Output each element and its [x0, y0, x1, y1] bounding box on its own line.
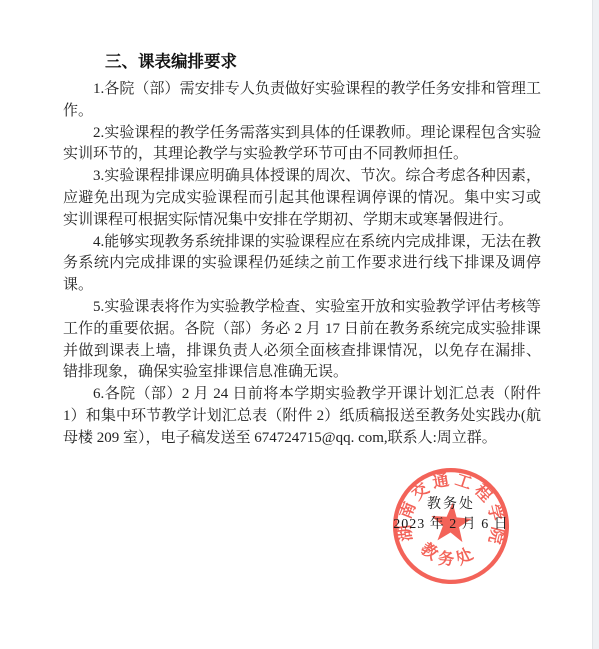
paragraph-6: 6.各院（部）2 月 24 日前将本学期实验教学开课计划汇总表（附件 1）和集中… [63, 384, 541, 449]
section-heading: 三、课表编排要求 [105, 52, 541, 72]
paragraph-2: 2.实验课程的教学任务需落实到具体的任课教师。理论课程包含实验实训环节的，其理论… [63, 123, 541, 167]
signature-office: 教务处 [385, 495, 517, 515]
document-body: 三、课表编排要求 1.各院（部）需安排专人负责做好实验课程的教学任务安排和管理工… [63, 52, 541, 450]
page-edge-strip [592, 0, 599, 649]
paragraph-5: 5.实验课表将作为实验教学检查、实验室开放和实验教学评估考核等工作的重要依据。各… [63, 297, 541, 384]
seal-bottom-text: 教务处 [416, 538, 481, 571]
paragraph-4: 4.能够实现教务系统排课的实验课程应在系统内完成排课，无法在教务系统内完成排课的… [63, 232, 541, 297]
document-page: 三、课表编排要求 1.各院（部）需安排专人负责做好实验课程的教学任务安排和管理工… [0, 0, 599, 649]
paragraph-1: 1.各院（部）需安排专人负责做好实验课程的教学任务安排和管理工作。 [63, 79, 541, 123]
signature-date: 2023 年 2 月 6 日 [385, 515, 517, 535]
svg-text:教务处: 教务处 [416, 538, 481, 571]
signature-block: 教务处 2023 年 2 月 6 日 [385, 495, 517, 535]
paragraph-3: 3.实验课程排课应明确具体授课的周次、节次。综合考虑各种因素，应避免出现为完成实… [63, 166, 541, 231]
